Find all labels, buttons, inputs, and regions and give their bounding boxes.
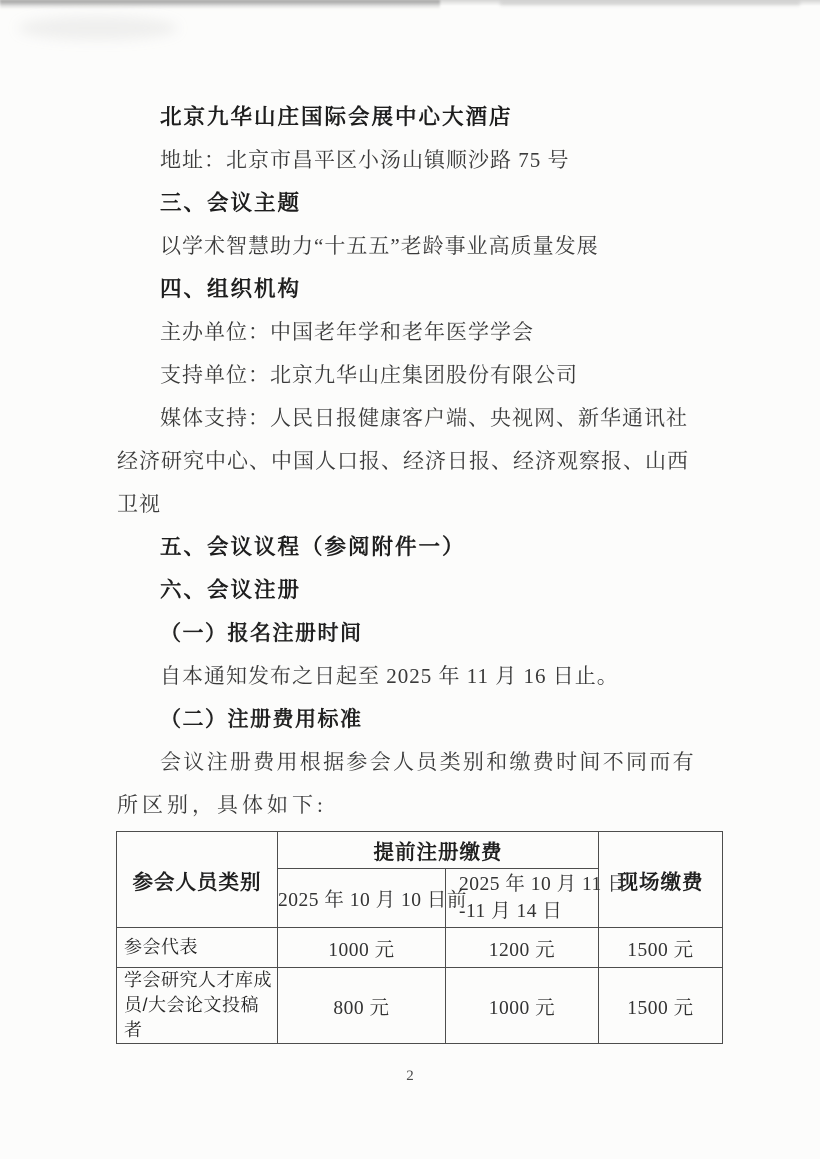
page-number: 2 <box>0 1068 820 1085</box>
subsection-2-heading: （二）注册费用标准 <box>117 698 717 741</box>
document-content: 北京九华山庄国际会展中心大酒店 地址：北京市昌平区小汤山镇顺沙路 75 号 三、… <box>117 96 717 827</box>
row-category: 学会研究人才库成员/大会论文投稿者 <box>117 968 278 1044</box>
fee-table-header-row-1: 参会人员类别 提前注册缴费 现场缴费 <box>117 832 723 869</box>
fee-intro-line-2: 所区别，具体如下: <box>117 784 717 827</box>
fee-table: 参会人员类别 提前注册缴费 现场缴费 2025 年 10 月 10 日前 202… <box>116 831 723 1044</box>
registration-deadline: 自本通知发布之日起至 2025 年 11 月 16 日止。 <box>117 655 717 698</box>
organizer-line: 主办单位：中国老年学和老年医学学会 <box>117 311 717 354</box>
scan-blotch <box>18 16 178 40</box>
scan-edge-smudge-left <box>0 0 440 9</box>
row-category: 参会代表 <box>117 928 278 968</box>
section-5-heading: 五、会议议程（参阅附件一） <box>117 526 717 569</box>
row-fee-early-1: 800 元 <box>278 968 446 1044</box>
subheader-date-line-1: 2025 年 10 月 11 日 <box>459 871 598 898</box>
venue-name: 北京九华山庄国际会展中心大酒店 <box>117 96 717 139</box>
supporter-line: 支持单位：北京九华山庄集团股份有限公司 <box>117 354 717 397</box>
table-subheader-oct11-nov14: 2025 年 10 月 11 日 -11 月 14 日 <box>446 869 599 928</box>
venue-address: 地址：北京市昌平区小汤山镇顺沙路 75 号 <box>117 139 717 182</box>
table-row-delegates: 参会代表 1000 元 1200 元 1500 元 <box>117 928 723 968</box>
row-fee-early-2: 1000 元 <box>446 968 599 1044</box>
media-support-line-1: 媒体支持：人民日报健康客户端、央视网、新华通讯社 <box>117 397 717 440</box>
row-fee-onsite: 1500 元 <box>599 928 723 968</box>
table-header-early-payment: 提前注册缴费 <box>278 832 599 869</box>
media-support-line-2: 经济研究中心、中国人口报、经济日报、经济观察报、山西 <box>117 440 717 483</box>
section-4-heading: 四、组织机构 <box>117 268 717 311</box>
section-3-heading: 三、会议主题 <box>117 182 717 225</box>
table-header-category: 参会人员类别 <box>117 832 278 928</box>
subheader-date-line-2: -11 月 14 日 <box>459 898 598 925</box>
conference-theme: 以学术智慧助力“十五五”老龄事业高质量发展 <box>117 225 717 268</box>
subsection-1-heading: （一）报名注册时间 <box>117 612 717 655</box>
section-6-heading: 六、会议注册 <box>117 569 717 612</box>
row-fee-onsite: 1500 元 <box>599 968 723 1044</box>
row-fee-early-2: 1200 元 <box>446 928 599 968</box>
table-subheader-before-oct10: 2025 年 10 月 10 日前 <box>278 869 446 928</box>
fee-intro-line-1: 会议注册费用根据参会人员类别和缴费时间不同而有 <box>117 741 717 784</box>
scan-edge-smudge-right <box>500 1 800 6</box>
document-page: 北京九华山庄国际会展中心大酒店 地址：北京市昌平区小汤山镇顺沙路 75 号 三、… <box>0 0 820 1159</box>
row-fee-early-1: 1000 元 <box>278 928 446 968</box>
table-row-talent-pool-members: 学会研究人才库成员/大会论文投稿者 800 元 1000 元 1500 元 <box>117 968 723 1044</box>
media-support-line-3: 卫视 <box>117 483 717 526</box>
